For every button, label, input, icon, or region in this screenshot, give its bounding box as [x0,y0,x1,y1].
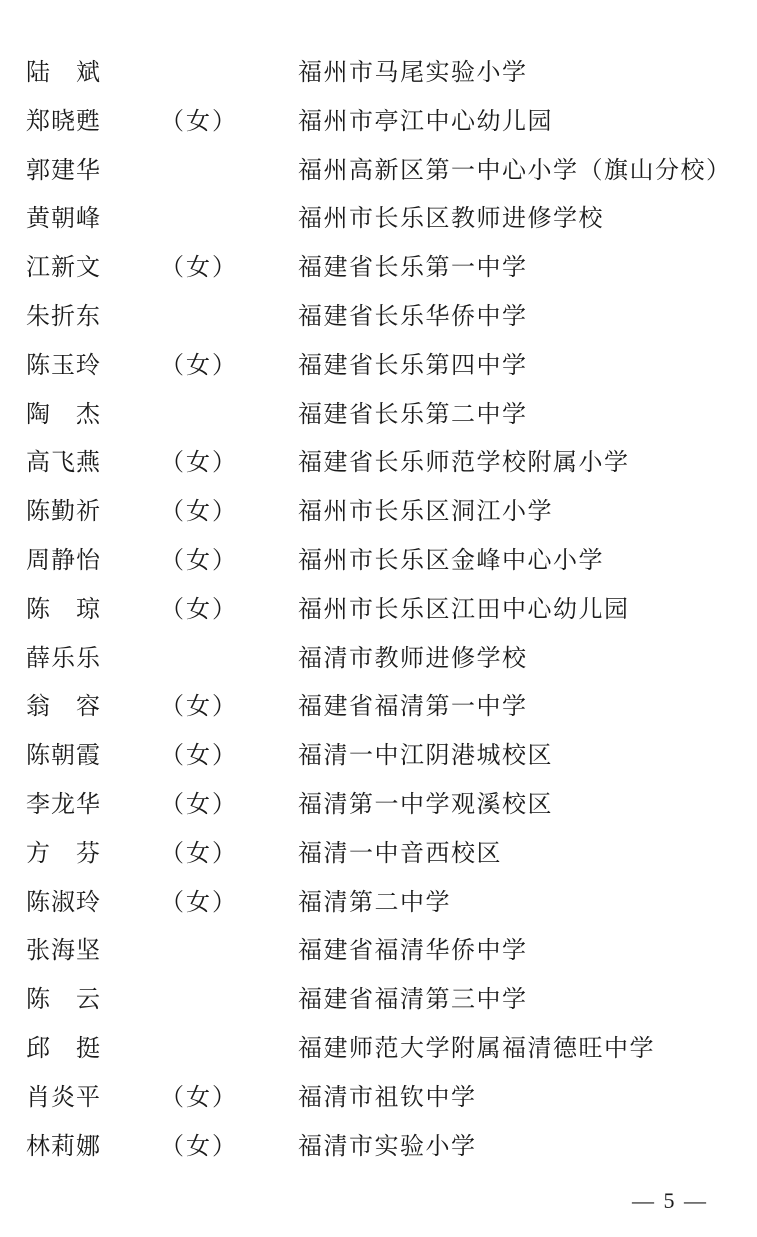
person-name: 朱折东 [26,296,101,336]
person-name: 林莉娜 [26,1126,101,1166]
list-item: 薛乐乐福清市教师进修学校 [0,638,757,687]
organization: 福清一中江阴港城校区 [298,735,553,775]
list-item: 陈淑玲（女）福清第二中学 [0,882,757,931]
organization: 福清第一中学观溪校区 [298,784,553,824]
person-name: 陈淑玲 [26,882,101,922]
page-number: — 5 — [632,1186,708,1216]
person-name: 邱 挺 [26,1028,101,1068]
person-name: 张海坚 [26,930,101,970]
organization: 福清市教师进修学校 [298,638,528,678]
organization: 福清市祖钦中学 [298,1077,477,1117]
person-name: 陈玉玲 [26,345,101,385]
person-name: 陆 斌 [26,52,101,92]
list-item: 方 芬（女）福清一中音西校区 [0,833,757,882]
person-name: 高飞燕 [26,442,101,482]
organization: 福清市实验小学 [298,1126,477,1166]
person-name: 翁 容 [26,686,101,726]
person-name: 方 芬 [26,833,101,873]
list-item: 江新文（女）福建省长乐第一中学 [0,247,757,296]
list-item: 陈勤祈（女）福州市长乐区洞江小学 [0,491,757,540]
list-item: 高飞燕（女）福建省长乐师范学校附属小学 [0,442,757,491]
person-name: 周静怡 [26,540,101,580]
organization: 福建省长乐第一中学 [298,247,528,287]
gender-note: （女） [160,345,238,385]
gender-note: （女） [160,686,238,726]
organization: 福建省福清华侨中学 [298,930,528,970]
organization: 福建师范大学附属福清德旺中学 [298,1028,655,1068]
list-item: 黄朝峰福州市长乐区教师进修学校 [0,198,757,247]
person-name: 陈勤祈 [26,491,101,531]
organization: 福建省福清第三中学 [298,979,528,1019]
organization: 福建省福清第一中学 [298,686,528,726]
organization: 福州市长乐区洞江小学 [298,491,553,531]
list-item: 郑晓甦（女）福州市亭江中心幼儿园 [0,101,757,150]
list-item: 陈 云福建省福清第三中学 [0,979,757,1028]
gender-note: （女） [160,247,238,287]
organization: 福建省长乐第二中学 [298,394,528,434]
list-item: 陈玉玲（女）福建省长乐第四中学 [0,345,757,394]
gender-note: （女） [160,442,238,482]
list-item: 陈 琼（女）福州市长乐区江田中心幼儿园 [0,589,757,638]
person-name: 陈朝霞 [26,735,101,775]
person-name: 陈 琼 [26,589,101,629]
gender-note: （女） [160,1077,238,1117]
organization: 福建省长乐师范学校附属小学 [298,442,630,482]
list-item: 朱折东福建省长乐华侨中学 [0,296,757,345]
organization: 福建省长乐华侨中学 [298,296,528,336]
person-name: 陈 云 [26,979,101,1019]
list-item: 张海坚福建省福清华侨中学 [0,930,757,979]
roster-list: 陆 斌福州市马尾实验小学 郑晓甦（女）福州市亭江中心幼儿园 郭建华福州高新区第一… [0,52,757,1174]
person-name: 陶 杰 [26,394,101,434]
gender-note: （女） [160,784,238,824]
list-item: 邱 挺福建师范大学附属福清德旺中学 [0,1028,757,1077]
person-name: 肖炎平 [26,1077,101,1117]
organization: 福建省长乐第四中学 [298,345,528,385]
list-item: 肖炎平（女）福清市祖钦中学 [0,1077,757,1126]
organization: 福州高新区第一中心小学（旗山分校） [298,150,732,190]
list-item: 林莉娜（女）福清市实验小学 [0,1126,757,1175]
list-item: 陆 斌福州市马尾实验小学 [0,52,757,101]
list-item: 翁 容（女）福建省福清第一中学 [0,686,757,735]
list-item: 周静怡（女）福州市长乐区金峰中心小学 [0,540,757,589]
person-name: 薛乐乐 [26,638,101,678]
list-item: 李龙华（女）福清第一中学观溪校区 [0,784,757,833]
organization: 福州市长乐区江田中心幼儿园 [298,589,630,629]
list-item: 郭建华福州高新区第一中心小学（旗山分校） [0,150,757,199]
person-name: 江新文 [26,247,101,287]
gender-note: （女） [160,882,238,922]
gender-note: （女） [160,540,238,580]
person-name: 黄朝峰 [26,198,101,238]
organization: 福州市长乐区教师进修学校 [298,198,604,238]
gender-note: （女） [160,101,238,141]
gender-note: （女） [160,735,238,775]
person-name: 郑晓甦 [26,101,101,141]
organization: 福清一中音西校区 [298,833,502,873]
organization: 福州市马尾实验小学 [298,52,528,92]
gender-note: （女） [160,1126,238,1166]
person-name: 李龙华 [26,784,101,824]
list-item: 陈朝霞（女）福清一中江阴港城校区 [0,735,757,784]
person-name: 郭建华 [26,150,101,190]
organization: 福州市长乐区金峰中心小学 [298,540,604,580]
organization: 福清第二中学 [298,882,451,922]
list-item: 陶 杰福建省长乐第二中学 [0,394,757,443]
gender-note: （女） [160,589,238,629]
organization: 福州市亭江中心幼儿园 [298,101,553,141]
gender-note: （女） [160,833,238,873]
document-page: 陆 斌福州市马尾实验小学 郑晓甦（女）福州市亭江中心幼儿园 郭建华福州高新区第一… [0,0,757,1237]
gender-note: （女） [160,491,238,531]
